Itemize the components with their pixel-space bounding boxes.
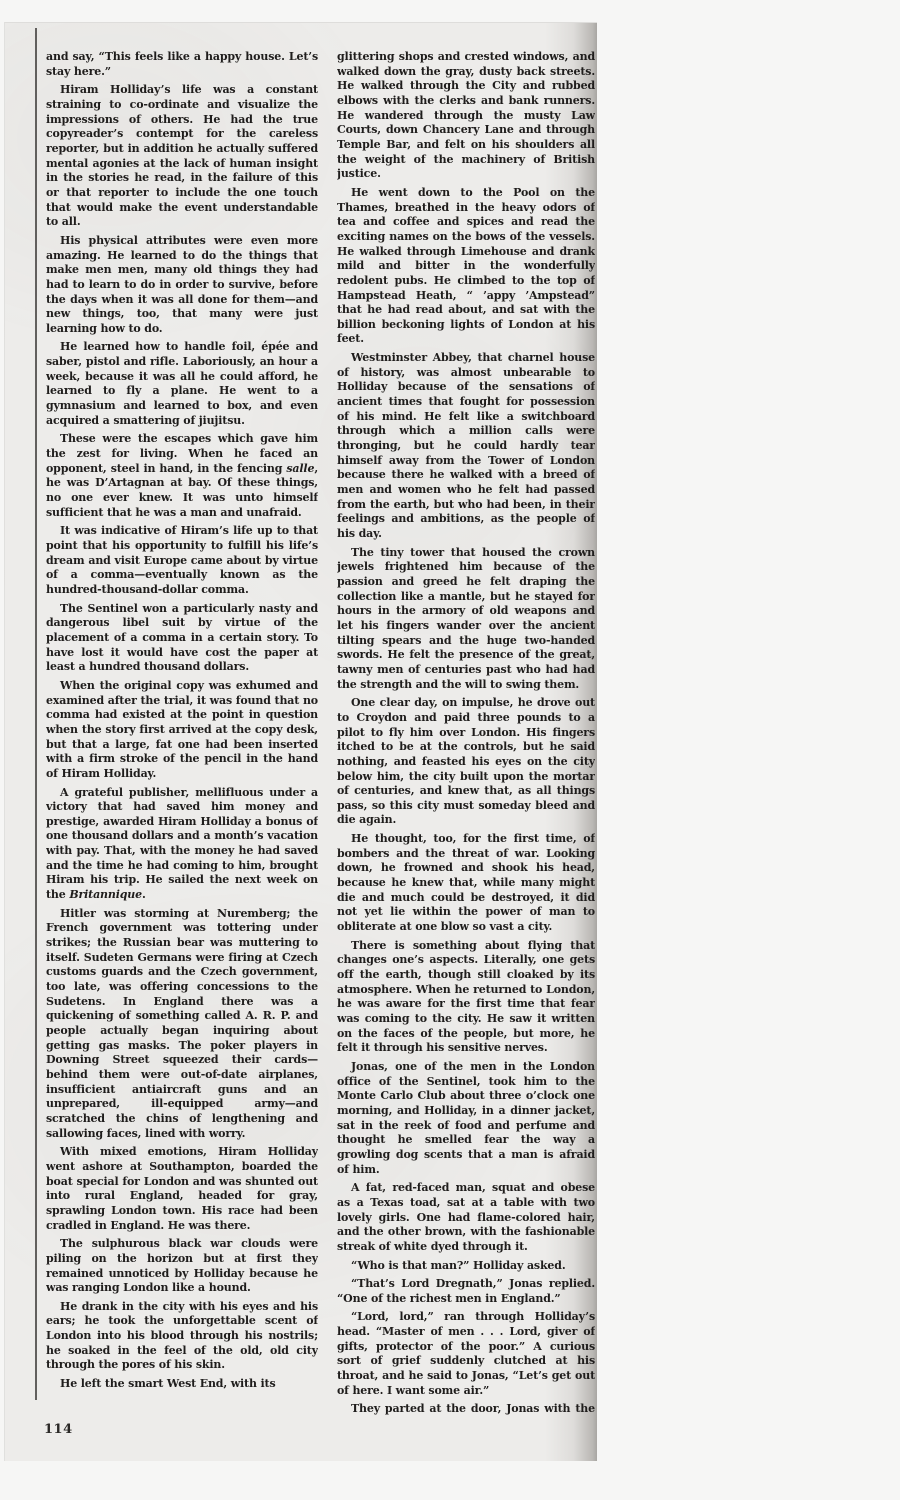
paragraph: Jonas, one of the men in the London offi…	[337, 1060, 595, 1177]
paragraph: A grateful publisher, mellifluous under …	[46, 786, 318, 903]
paragraph: His physical attributes were even more a…	[46, 234, 318, 337]
text-column-right: glittering shops and crested windows, an…	[337, 50, 595, 1416]
paragraph: The Sentinel won a particularly nasty an…	[46, 602, 318, 675]
paragraph: “That’s Lord Dregnath,” Jonas replied. “…	[337, 1277, 595, 1306]
paragraph: “Lord, lord,” ran through Holliday’s hea…	[337, 1310, 595, 1398]
paragraph: He drank in the city with his eyes and h…	[46, 1300, 318, 1373]
page-number: 114	[44, 1422, 73, 1437]
paragraph: It was indicative of Hiram’s life up to …	[46, 524, 318, 597]
paragraph: There is something about flying that cha…	[337, 939, 595, 1056]
paragraph: He left the smart West End, with its	[46, 1377, 318, 1392]
paragraph: These were the escapes which gave him th…	[46, 432, 318, 520]
paragraph: He thought, too, for the first time, of …	[337, 832, 595, 935]
paragraph: A fat, red-faced man, squat and obese as…	[337, 1181, 595, 1254]
paragraph: Hitler was storming at Nuremberg; the Fr…	[46, 907, 318, 1142]
paragraph: He went down to the Pool on the Thames, …	[337, 186, 595, 347]
paragraph: and say, “This feels like a happy house.…	[46, 50, 318, 79]
left-margin-rule	[35, 28, 37, 1400]
paragraph: When the original copy was exhumed and e…	[46, 679, 318, 782]
paragraph: The sulphurous black war clouds were pil…	[46, 1237, 318, 1296]
paragraph: He learned how to handle foil, épée and …	[46, 340, 318, 428]
paragraph: The tiny tower that housed the crown jew…	[337, 546, 595, 693]
text-column-left: and say, “This feels like a happy house.…	[46, 50, 318, 1416]
paragraph: “Who is that man?” Holliday asked.	[337, 1259, 595, 1274]
paragraph: Westminster Abbey, that charnel house of…	[337, 351, 595, 542]
paragraph: With mixed emotions, Hiram Holliday went…	[46, 1145, 318, 1233]
paragraph: They parted at the door, Jonas with the …	[337, 1402, 595, 1416]
paragraph: One clear day, on impulse, he drove out …	[337, 696, 595, 828]
paragraph: glittering shops and crested windows, an…	[337, 50, 595, 182]
paragraph: Hiram Holliday’s life was a constant str…	[46, 83, 318, 230]
